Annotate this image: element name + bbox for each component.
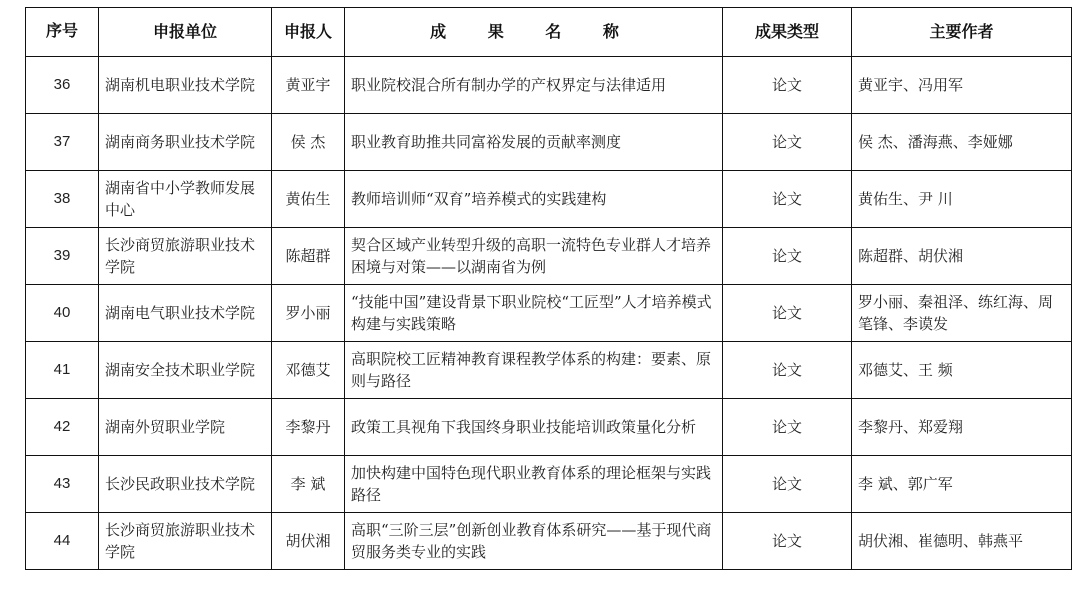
cell-type: 论文 xyxy=(723,285,852,342)
cell-title: 教师培训师“双育”培养模式的实践建构 xyxy=(345,171,723,228)
cell-no: 43 xyxy=(26,456,99,513)
header-row: 序号 申报单位 申报人 成 果 名 称 成果类型 主要作者 xyxy=(26,8,1072,57)
cell-title: 职业教育助推共同富裕发展的贡献率测度 xyxy=(345,114,723,171)
cell-unit: 湖南电气职业技术学院 xyxy=(99,285,272,342)
cell-person: 胡伏湘 xyxy=(272,513,345,570)
cell-person: 罗小丽 xyxy=(272,285,345,342)
cell-type: 论文 xyxy=(723,114,852,171)
table-row: 40 湖南电气职业技术学院 罗小丽 “技能中国”建设背景下职业院校“工匠型”人才… xyxy=(26,285,1072,342)
table-row: 41 湖南安全技术职业学院 邓德艾 高职院校工匠精神教育课程教学体系的构建：要素… xyxy=(26,342,1072,399)
cell-unit: 长沙商贸旅游职业技术学院 xyxy=(99,228,272,285)
cell-no: 44 xyxy=(26,513,99,570)
cell-type: 论文 xyxy=(723,513,852,570)
table-row: 42 湖南外贸职业学院 李黎丹 政策工具视角下我国终身职业技能培训政策量化分析 … xyxy=(26,399,1072,456)
cell-person: 李黎丹 xyxy=(272,399,345,456)
header-authors: 主要作者 xyxy=(852,8,1072,57)
cell-unit: 湖南机电职业技术学院 xyxy=(99,57,272,114)
cell-unit: 长沙商贸旅游职业技术学院 xyxy=(99,513,272,570)
cell-unit: 湖南省中小学教师发展中心 xyxy=(99,171,272,228)
cell-person: 李 斌 xyxy=(272,456,345,513)
cell-title: “技能中国”建设背景下职业院校“工匠型”人才培养模式构建与实践策略 xyxy=(345,285,723,342)
table-row: 44 长沙商贸旅游职业技术学院 胡伏湘 高职“三阶三层”创新创业教育体系研究——… xyxy=(26,513,1072,570)
cell-title: 高职“三阶三层”创新创业教育体系研究——基于现代商贸服务类专业的实践 xyxy=(345,513,723,570)
cell-authors: 邓德艾、王 频 xyxy=(852,342,1072,399)
cell-person: 侯 杰 xyxy=(272,114,345,171)
cell-person: 陈超群 xyxy=(272,228,345,285)
cell-authors: 侯 杰、潘海燕、李娅娜 xyxy=(852,114,1072,171)
table-row: 36 湖南机电职业技术学院 黄亚宇 职业院校混合所有制办学的产权界定与法律适用 … xyxy=(26,57,1072,114)
table-row: 38 湖南省中小学教师发展中心 黄佑生 教师培训师“双育”培养模式的实践建构 论… xyxy=(26,171,1072,228)
table-row: 43 长沙民政职业技术学院 李 斌 加快构建中国特色现代职业教育体系的理论框架与… xyxy=(26,456,1072,513)
cell-authors: 李黎丹、郑爱翔 xyxy=(852,399,1072,456)
cell-no: 40 xyxy=(26,285,99,342)
cell-no: 38 xyxy=(26,171,99,228)
table-row: 39 长沙商贸旅游职业技术学院 陈超群 契合区域产业转型升级的高职一流特色专业群… xyxy=(26,228,1072,285)
cell-person: 黄亚宇 xyxy=(272,57,345,114)
cell-type: 论文 xyxy=(723,57,852,114)
header-no: 序号 xyxy=(26,8,99,57)
table-row: 37 湖南商务职业技术学院 侯 杰 职业教育助推共同富裕发展的贡献率测度 论文 … xyxy=(26,114,1072,171)
cell-title: 职业院校混合所有制办学的产权界定与法律适用 xyxy=(345,57,723,114)
cell-authors: 罗小丽、秦祖泽、练红海、周笔锋、李谟发 xyxy=(852,285,1072,342)
header-unit: 申报单位 xyxy=(99,8,272,57)
cell-no: 36 xyxy=(26,57,99,114)
header-type: 成果类型 xyxy=(723,8,852,57)
cell-authors: 陈超群、胡伏湘 xyxy=(852,228,1072,285)
cell-type: 论文 xyxy=(723,456,852,513)
cell-no: 41 xyxy=(26,342,99,399)
header-title: 成 果 名 称 xyxy=(345,8,723,57)
cell-person: 邓德艾 xyxy=(272,342,345,399)
cell-unit: 湖南安全技术职业学院 xyxy=(99,342,272,399)
cell-authors: 胡伏湘、崔德明、韩燕平 xyxy=(852,513,1072,570)
cell-unit: 长沙民政职业技术学院 xyxy=(99,456,272,513)
cell-type: 论文 xyxy=(723,342,852,399)
cell-type: 论文 xyxy=(723,399,852,456)
cell-unit: 湖南商务职业技术学院 xyxy=(99,114,272,171)
cell-authors: 黄佑生、尹 川 xyxy=(852,171,1072,228)
cell-unit: 湖南外贸职业学院 xyxy=(99,399,272,456)
cell-type: 论文 xyxy=(723,171,852,228)
cell-no: 39 xyxy=(26,228,99,285)
cell-no: 37 xyxy=(26,114,99,171)
achievements-table: 序号 申报单位 申报人 成 果 名 称 成果类型 主要作者 36 湖南机电职业技… xyxy=(25,7,1072,570)
cell-title: 政策工具视角下我国终身职业技能培训政策量化分析 xyxy=(345,399,723,456)
cell-authors: 黄亚宇、冯用军 xyxy=(852,57,1072,114)
cell-no: 42 xyxy=(26,399,99,456)
cell-title: 高职院校工匠精神教育课程教学体系的构建：要素、原则与路径 xyxy=(345,342,723,399)
cell-authors: 李 斌、郭广军 xyxy=(852,456,1072,513)
cell-person: 黄佑生 xyxy=(272,171,345,228)
cell-type: 论文 xyxy=(723,228,852,285)
header-person: 申报人 xyxy=(272,8,345,57)
cell-title: 契合区域产业转型升级的高职一流特色专业群人才培养困境与对策——以湖南省为例 xyxy=(345,228,723,285)
cell-title: 加快构建中国特色现代职业教育体系的理论框架与实践路径 xyxy=(345,456,723,513)
